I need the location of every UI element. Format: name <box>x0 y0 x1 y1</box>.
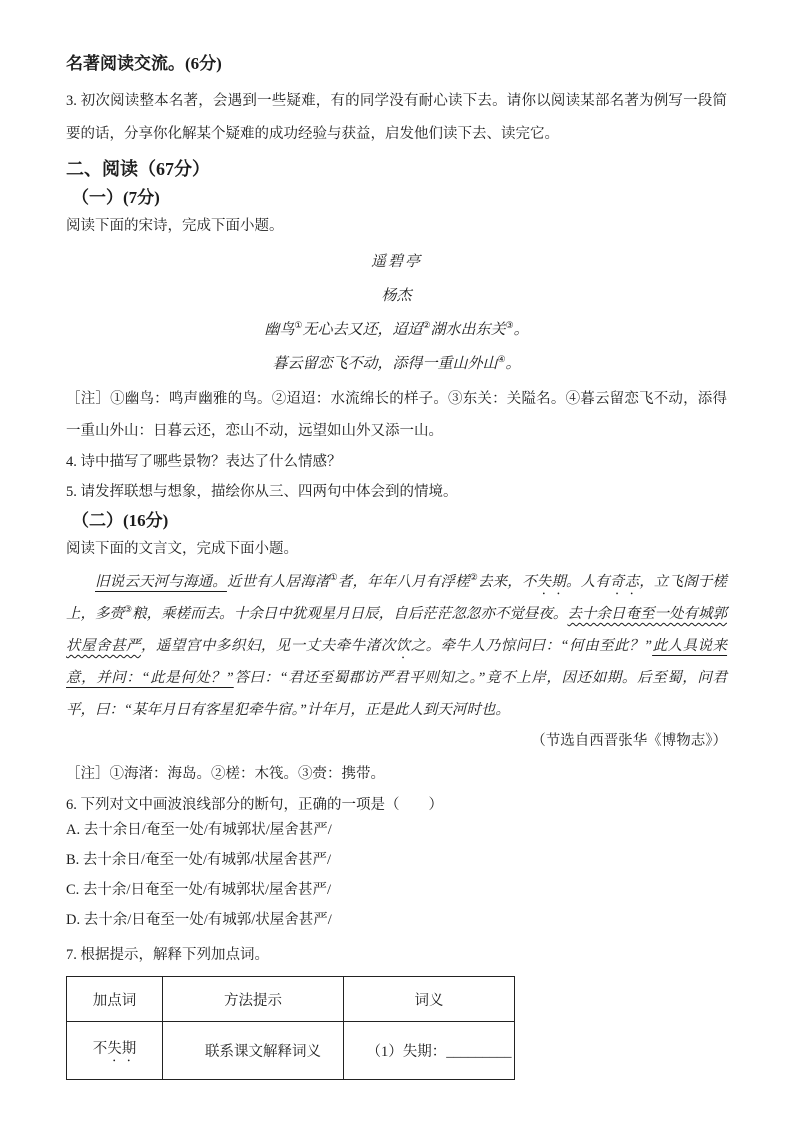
question-6-option-a: A. 去十余日/奄至一处/有城郭状/屋舍甚严/ <box>66 820 727 841</box>
cell-meaning-blank: （1）失期：_________ <box>344 1022 515 1080</box>
poem-block: 遥碧亭 杨杰 幽鸟①无心去又还，迢迢②湖水出东关③。 暮云留恋飞不动，添得一重山… <box>66 245 727 381</box>
reading-section-heading: 二、阅读（67分） <box>66 155 727 184</box>
poem-line-1: 幽鸟①无心去又还，迢迢②湖水出东关③。 <box>66 313 727 347</box>
part-two-intro: 阅读下面的文言文，完成下面小题。 <box>66 534 727 564</box>
header-method-hint: 方法提示 <box>163 977 344 1022</box>
question-6-option-c: C. 去十余/日奄至一处/有城郭状/屋舍甚严/ <box>66 880 727 901</box>
passage-notes: ［注］①海渚：海岛。②槎：木筏。③赍：携带。 <box>66 758 727 790</box>
poem-title: 遥碧亭 <box>66 245 727 279</box>
mingzhu-section-heading: 名著阅读交流。(6分) <box>66 50 727 77</box>
classical-passage: 旧说云天河与海通。近世有人居海渚①者，年年八月有浮槎②去来，不失期。人有奇志，立… <box>66 566 727 726</box>
poem-line-2: 暮云留恋飞不动，添得一重山外山④。 <box>66 347 727 381</box>
dotted-words-table: 加点词 方法提示 词义 不失期 联系课文解释词义 （1）失期：_________ <box>66 976 515 1080</box>
poem-notes: ［注］①幽鸟：鸣声幽雅的鸟。②迢迢：水流绵长的样子。③东关：关隘名。④暮云留恋飞… <box>66 383 727 447</box>
question-6-stem: 6. 下列对文中画波浪线部分的断句，正确的一项是（ ） <box>66 790 727 820</box>
cell-method-hint: 联系课文解释词义 <box>163 1022 344 1080</box>
part-one-intro: 阅读下面的宋诗，完成下面小题。 <box>66 211 727 241</box>
question-5: 5. 请发挥联想与想象，描绘你从三、四两句中体会到的情境。 <box>66 477 727 507</box>
poem-author: 杨杰 <box>66 279 727 313</box>
cell-dotted-word: 不失期 <box>67 1022 163 1080</box>
header-dotted-word: 加点词 <box>67 977 163 1022</box>
question-6-option-d: D. 去十余/日奄至一处/有城郭/状屋舍甚严/ <box>66 910 727 931</box>
table-row: 不失期 联系课文解释词义 （1）失期：_________ <box>67 1022 515 1080</box>
question-7-stem: 7. 根据提示，解释下列加点词。 <box>66 940 727 970</box>
question-6-option-b: B. 去十余日/奄至一处/有城郭/状屋舍甚严/ <box>66 850 727 871</box>
passage-source: （节选自西晋张华《博物志》） <box>66 726 727 756</box>
header-meaning: 词义 <box>344 977 515 1022</box>
question-3-text: 3. 初次阅读整本名著，会遇到一些疑难，有的同学没有耐心读下去。请你以阅读某部名… <box>66 85 727 151</box>
exam-page: 名著阅读交流。(6分) 3. 初次阅读整本名著，会遇到一些疑难，有的同学没有耐心… <box>0 0 793 1080</box>
table-header-row: 加点词 方法提示 词义 <box>67 977 515 1022</box>
question-4: 4. 诗中描写了哪些景物？表达了什么情感？ <box>66 447 727 477</box>
part-two-heading: （二）(16分) <box>66 507 727 534</box>
part-one-heading: （一）(7分) <box>66 184 727 211</box>
